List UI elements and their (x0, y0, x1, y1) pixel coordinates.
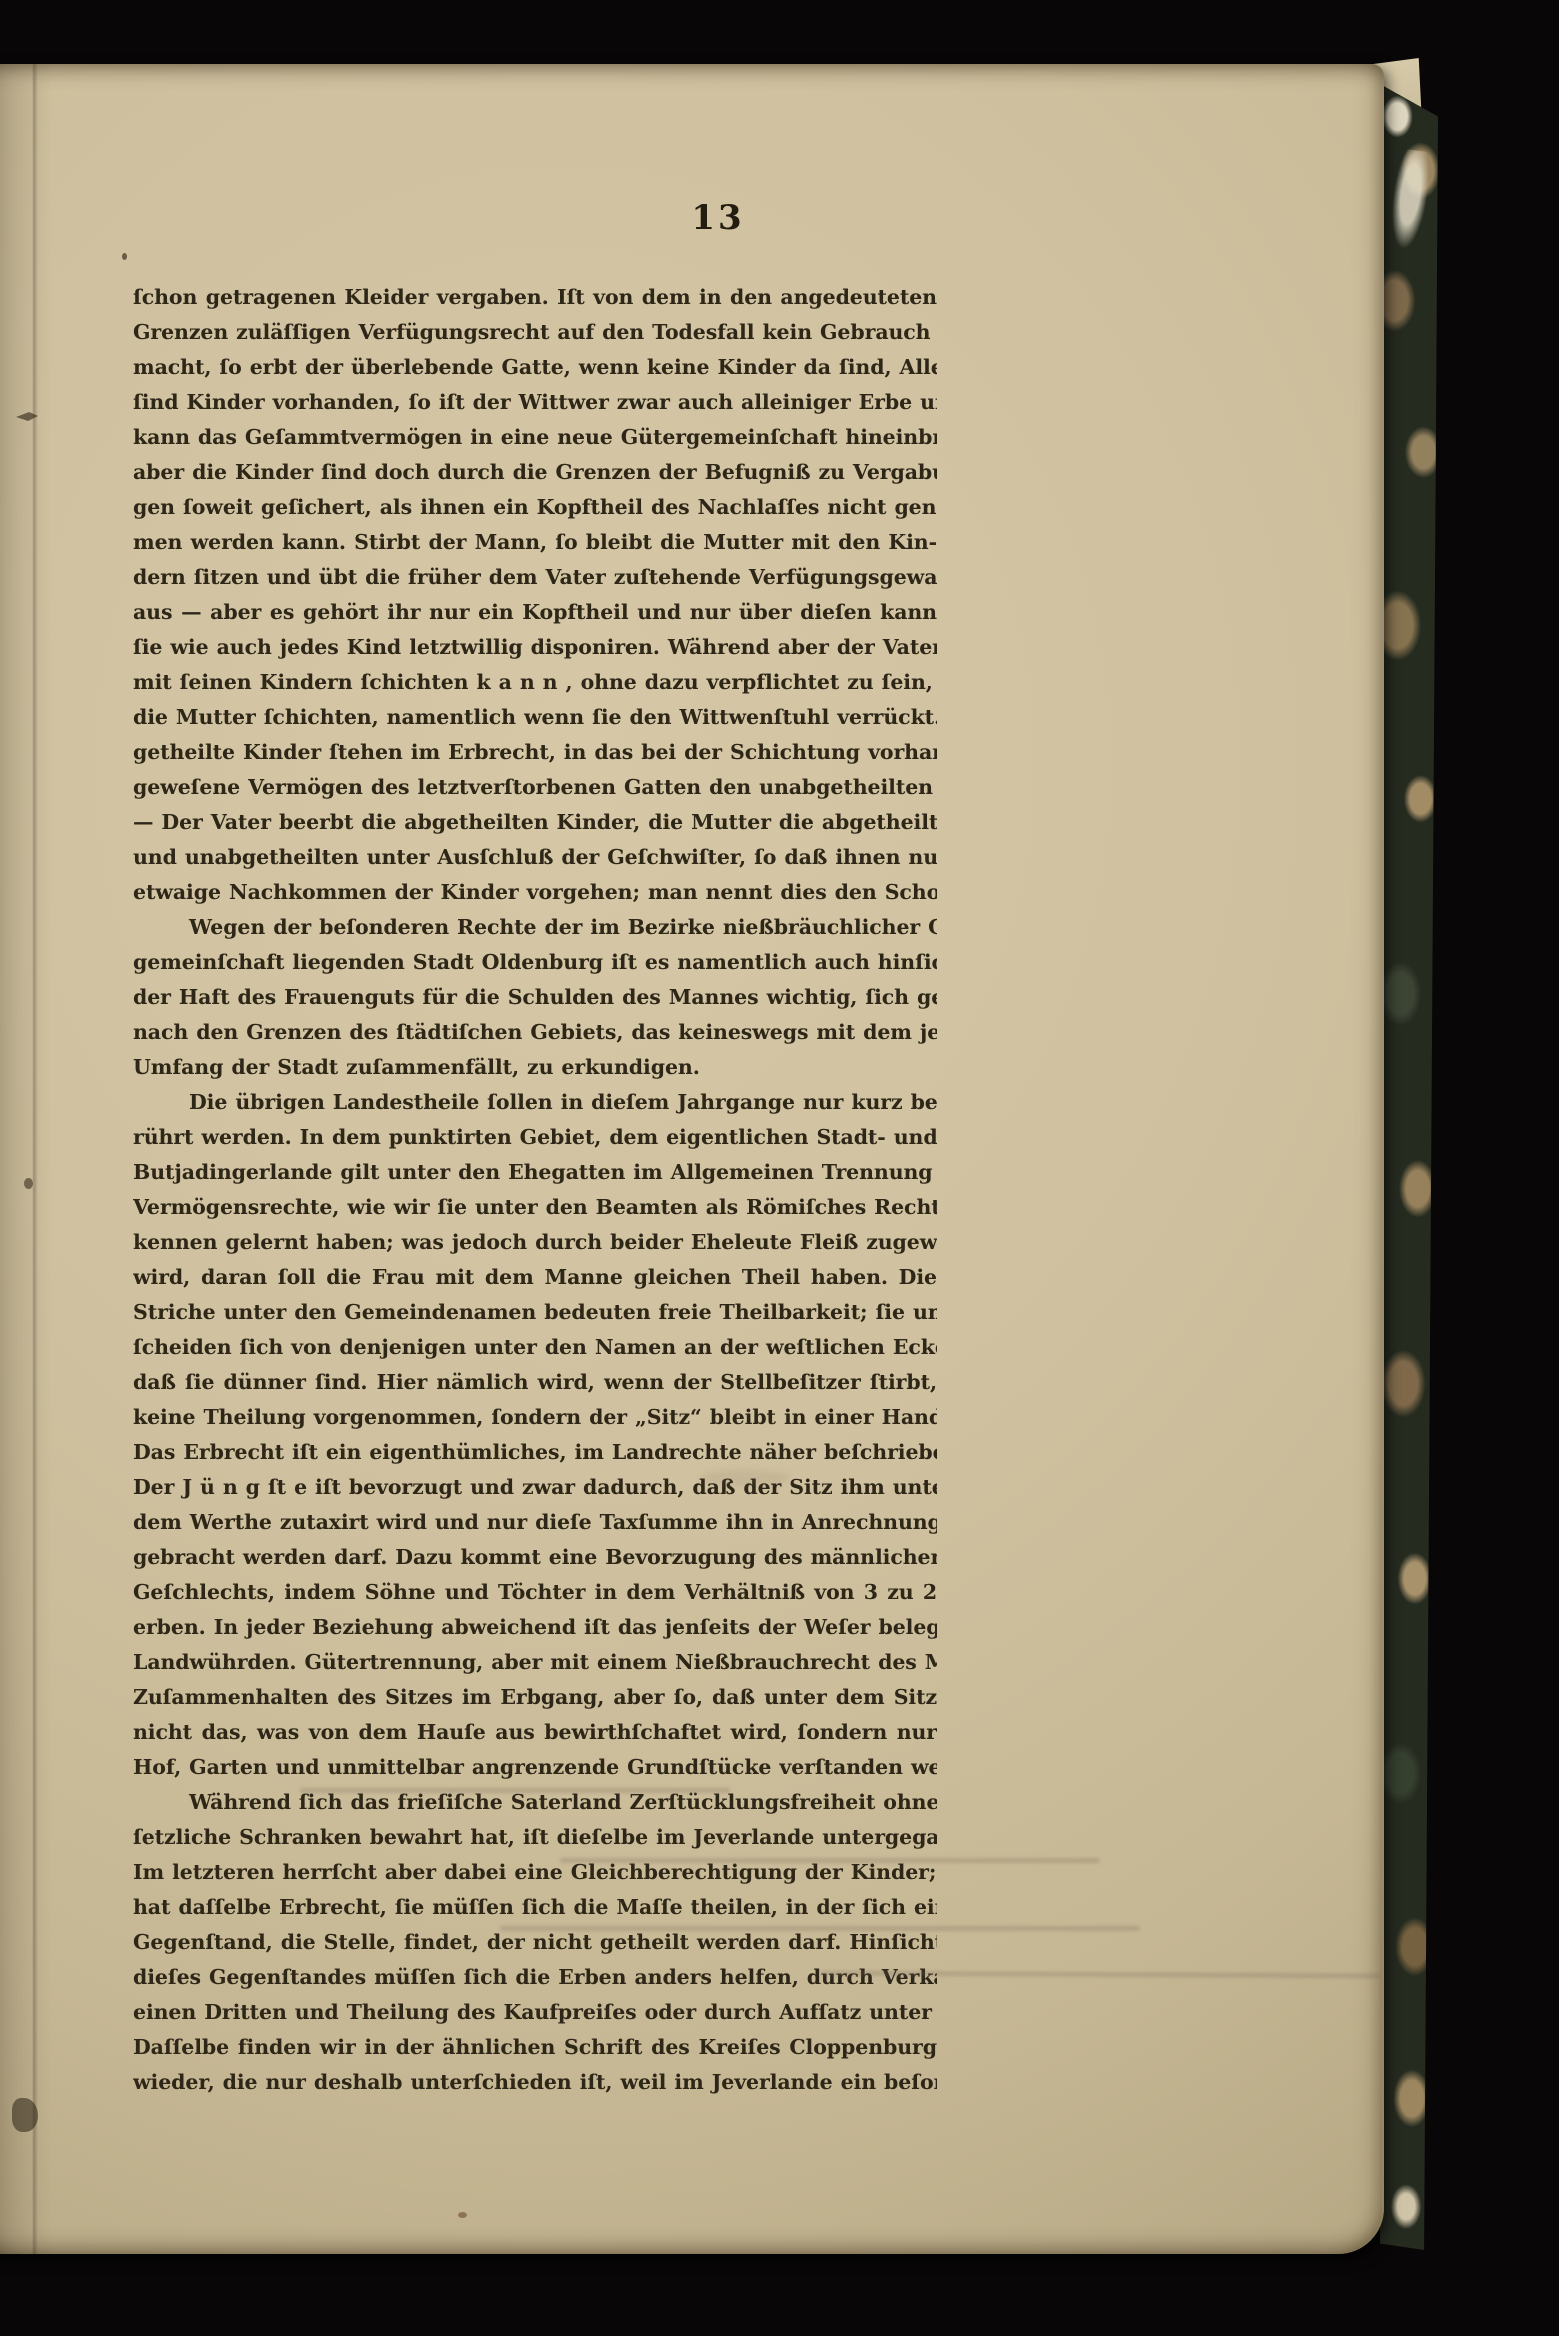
text-line: der Haft des Frauenguts für die Schulden… (133, 980, 937, 1015)
paper-stain (458, 2212, 467, 2218)
text-line: Umfang der Stadt zuſammenfällt, zu erkun… (133, 1050, 937, 1085)
text-line: ſie wie auch jedes Kind letztwillig disp… (133, 630, 937, 665)
text-line: erben. In jeder Beziehung abweichend iſt… (133, 1610, 937, 1645)
text-line: einen Dritten und Theilung des Kaufpreiſ… (133, 1995, 937, 2030)
binding-gutter-shadow (0, 64, 62, 2254)
pencil-smudge (500, 1926, 1140, 1931)
text-line: Landwührden. Gütertrennung, aber mit ein… (133, 1645, 937, 1680)
text-line: Geſchlechts, indem Söhne und Töchter in … (133, 1575, 937, 1610)
text-line: aus — aber es gehört ihr nur ein Kopfthe… (133, 595, 937, 630)
pencil-smudge (560, 1858, 1100, 1863)
scan-canvas: 13 ſchon getragenen Kleider vergaben. Iſ… (0, 0, 1559, 2336)
text-line: Hof, Garten und unmittelbar angrenzende … (133, 1750, 937, 1785)
text-line: Wegen der beſonderen Rechte der im Bezir… (133, 910, 937, 945)
text-line: ſcheiden ſich von denjenigen unter den N… (133, 1330, 937, 1365)
paper-stain (700, 1470, 790, 1486)
text-line: Butjadingerlande gilt unter den Ehegatte… (133, 1155, 937, 1190)
text-line: Daſſelbe finden wir in der ähnlichen Sch… (133, 2030, 937, 2065)
text-line: gebracht werden darf. Dazu kommt eine Be… (133, 1540, 937, 1575)
text-line: daß ſie dünner ſind. Hier nämlich wird, … (133, 1365, 937, 1400)
text-line: nicht das, was von dem Hauſe aus bewirth… (133, 1715, 937, 1750)
marbled-book-edge (1380, 84, 1438, 2250)
text-line: geweſene Vermögen des letztverſtorbenen … (133, 770, 937, 805)
text-line: kann das Geſammtvermögen in eine neue Gü… (133, 420, 937, 455)
text-line: keine Theilung vorgenommen, ſondern der … (133, 1400, 937, 1435)
text-line: Zuſammenhalten des Sitzes im Erbgang, ab… (133, 1680, 937, 1715)
ink-speck (24, 1178, 33, 1189)
text-line: wieder, die nur deshalb unterſchieden iſ… (133, 2065, 937, 2100)
text-line: men werden kann. Stirbt der Mann, ſo ble… (133, 525, 937, 560)
text-line: wird, daran ſoll die Frau mit dem Manne … (133, 1260, 937, 1295)
ink-speck (122, 253, 127, 260)
text-line: gen ſoweit geſichert, als ihnen ein Kopf… (133, 490, 937, 525)
text-line: rührt werden. In dem punktirten Gebiet, … (133, 1120, 937, 1155)
text-line: die Mutter ſchichten, namentlich wenn ſi… (133, 700, 937, 735)
text-line: macht, ſo erbt der überlebende Gatte, we… (133, 350, 937, 385)
text-line: und unabgetheilten unter Ausſchluß der G… (133, 840, 937, 875)
text-line: etwaige Nachkommen der Kinder vorgehen; … (133, 875, 937, 910)
text-line: gemeinſchaft liegenden Stadt Oldenburg i… (133, 945, 937, 980)
text-line: Striche unter den Gemeindenamen bedeuten… (133, 1295, 937, 1330)
text-line: ſind Kinder vorhanden, ſo iſt der Wittwe… (133, 385, 937, 420)
text-line: — Der Vater beerbt die abgetheilten Kind… (133, 805, 937, 840)
text-line: Vermögensrechte, wie wir ſie unter den B… (133, 1190, 937, 1225)
text-line: Grenzen zuläſſigen Verfügungsrecht auf d… (133, 315, 937, 350)
text-line: Das Erbrecht iſt ein eigenthümliches, im… (133, 1435, 937, 1470)
text-line: dem Werthe zutaxirt wird und nur dieſe T… (133, 1505, 937, 1540)
text-line: nach den Grenzen des ſtädtiſchen Gebiets… (133, 1015, 937, 1050)
text-line: Die übrigen Landestheile ſollen in dieſe… (133, 1085, 937, 1120)
text-line: aber die Kinder ſind doch durch die Gren… (133, 455, 937, 490)
page-number: 13 (52, 198, 1384, 238)
text-line: Der J ü n g ſt e iſt bevorzugt und zwar … (133, 1470, 937, 1505)
text-line: hat daſſelbe Erbrecht, ſie müſſen ſich d… (133, 1890, 937, 1925)
text-line: dern ſitzen und übt die früher dem Vater… (133, 560, 937, 595)
text-line: ſchon getragenen Kleider vergaben. Iſt v… (133, 280, 937, 315)
text-line: getheilte Kinder ſtehen im Erbrecht, in … (133, 735, 937, 770)
paper-nick (12, 2098, 38, 2132)
text-line: dieſes Gegenſtandes müſſen ſich die Erbe… (133, 1960, 937, 1995)
text-line: kennen gelernt haben; was jedoch durch b… (133, 1225, 937, 1260)
text-line: ſetzliche Schranken bewahrt hat, iſt die… (133, 1820, 937, 1855)
pencil-smudge (300, 1788, 730, 1793)
text-block: ſchon getragenen Kleider vergaben. Iſt v… (133, 280, 937, 2100)
text-line: mit ſeinen Kindern ſchichten k a n n , o… (133, 665, 937, 700)
